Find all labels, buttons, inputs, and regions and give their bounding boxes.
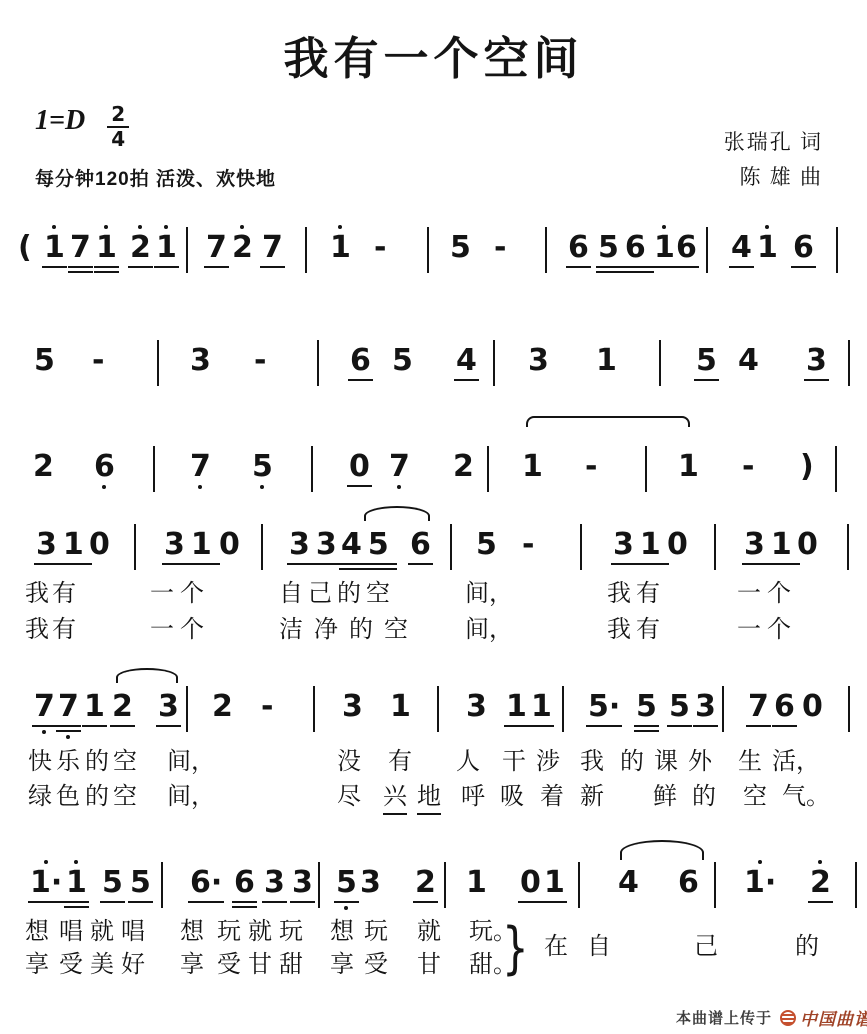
- note: 3: [342, 692, 363, 722]
- note: 33: [289, 530, 343, 560]
- lyric-char: 享: [330, 952, 354, 980]
- beam-line: [518, 901, 543, 903]
- lyric-char: 在: [544, 934, 568, 962]
- lyric-char: 外: [688, 749, 712, 777]
- beam-line: [110, 725, 135, 727]
- lyric-char: 洁: [279, 617, 303, 645]
- repeat-brace: }: [502, 922, 529, 975]
- note: 7: [748, 692, 769, 722]
- beam-line: [566, 266, 591, 268]
- note-digit: 2: [232, 233, 253, 263]
- octave-dot-below: [397, 485, 401, 489]
- barline: [186, 227, 188, 273]
- note-digit: 6: [350, 346, 371, 376]
- lyric-char: 吸: [500, 784, 524, 812]
- note: 5: [252, 452, 273, 482]
- note-digit: 0: [520, 868, 541, 898]
- note-digit: 1: [390, 692, 411, 722]
- beam-line: [339, 563, 397, 565]
- lyric-char: 间，: [465, 581, 513, 609]
- beam-line: [693, 725, 718, 727]
- note-digit: 3: [342, 692, 363, 722]
- note-digit: 31: [744, 530, 798, 560]
- note-digit: 5: [252, 452, 273, 482]
- note-digit: 1: [44, 233, 65, 263]
- note: 2: [112, 692, 133, 722]
- barline: [562, 686, 564, 732]
- barline: [835, 446, 837, 492]
- lyric-char: 受: [364, 952, 388, 980]
- note-digit: 3: [190, 346, 211, 376]
- note-digit: 1: [678, 452, 699, 482]
- slur-tie: [116, 668, 178, 683]
- beam-line: [634, 730, 659, 732]
- beam-line: [634, 725, 659, 727]
- note-digit: 1·: [744, 868, 776, 898]
- note: 1: [390, 692, 411, 722]
- note-digit: 5·: [588, 692, 620, 722]
- note: 1: [330, 233, 351, 263]
- lyric-char: 色: [56, 784, 80, 812]
- beam-line: [28, 901, 64, 903]
- note-digit: 3: [264, 868, 285, 898]
- note-digit: 4: [731, 233, 752, 263]
- note-digit: 1: [330, 233, 351, 263]
- beam-line: [94, 271, 119, 273]
- lyric-char: 己: [694, 934, 718, 962]
- note: 45: [341, 530, 395, 560]
- beam-line: [667, 725, 692, 727]
- note: 3: [292, 868, 313, 898]
- note-digit: 1: [96, 233, 117, 263]
- note-digit: 5: [669, 692, 690, 722]
- lyric-char: 有: [52, 581, 76, 609]
- note: 7: [34, 692, 55, 722]
- note-digit: 0: [667, 530, 688, 560]
- barline: [848, 686, 850, 732]
- lyric-char: 没: [337, 749, 361, 777]
- lyric-char: 好: [121, 952, 145, 980]
- note-digit: 1: [654, 233, 675, 263]
- barline: [261, 524, 263, 570]
- sheet-music-page: 我有一个空间 1=D 2 4 每分钟120拍 活泼、欢快地 张瑞孔 词 陈 雄 …: [0, 0, 867, 1034]
- note: 3: [695, 692, 716, 722]
- note: 4: [456, 346, 477, 376]
- lyric-char: 甘: [248, 952, 272, 980]
- octave-dot-above: [818, 860, 822, 864]
- note: 0: [520, 868, 541, 898]
- barline: [487, 446, 489, 492]
- score-area: (171217271-5-656164165-3-654315432675072…: [0, 0, 867, 1034]
- beam-line: [287, 563, 345, 565]
- note: 3: [528, 346, 549, 376]
- octave-dot-above: [662, 225, 666, 229]
- site-name-link[interactable]: 中国曲谱网: [800, 1005, 867, 1030]
- note: 2: [453, 452, 474, 482]
- note: 5: [450, 233, 471, 263]
- note: 2: [810, 868, 831, 898]
- note-digit: -: [374, 233, 386, 263]
- note: 0: [667, 530, 688, 560]
- lyric-char: 呼: [461, 784, 485, 812]
- lyric-char: 人: [456, 749, 480, 777]
- beam-line: [542, 901, 567, 903]
- note-digit: 3: [466, 692, 487, 722]
- barline: [186, 686, 188, 732]
- note: ): [800, 452, 814, 482]
- note-digit: 2: [33, 452, 54, 482]
- note-digit: 1: [84, 692, 105, 722]
- octave-dot-below: [260, 485, 264, 489]
- barline: [313, 686, 315, 732]
- barline: [450, 524, 452, 570]
- note: 2: [130, 233, 151, 263]
- lyric-char: 鲜: [653, 784, 677, 812]
- note: 1: [654, 233, 675, 263]
- note: 5: [336, 868, 357, 898]
- beam-line: [347, 485, 372, 487]
- lyric-char: 一: [737, 617, 761, 645]
- note-digit: 6: [774, 692, 795, 722]
- lyric-char: 的: [337, 581, 361, 609]
- lyric-char: 的: [692, 784, 716, 812]
- beam-line: [42, 266, 67, 268]
- beam-line: [32, 725, 57, 727]
- note: 6: [568, 233, 589, 263]
- beam-line: [804, 379, 829, 381]
- note-digit: 1: [466, 868, 487, 898]
- barline: [493, 340, 495, 386]
- lyric-char: 我: [607, 617, 631, 645]
- note: 5: [696, 346, 717, 376]
- note: 5: [476, 530, 497, 560]
- note: -: [261, 692, 273, 722]
- note-digit: -: [494, 233, 506, 263]
- note-digit: 7: [58, 692, 79, 722]
- barline: [714, 524, 716, 570]
- barline: [161, 862, 163, 908]
- barline: [722, 686, 724, 732]
- barline: [578, 862, 580, 908]
- note: 6: [350, 346, 371, 376]
- note: 6: [676, 233, 697, 263]
- note-digit: 0: [89, 530, 110, 560]
- barline: [545, 227, 547, 273]
- note: 1: [66, 868, 87, 898]
- lyric-char: 间，: [167, 784, 215, 812]
- beam-line: [68, 271, 93, 273]
- lyric-char: 美: [90, 952, 114, 980]
- note: 2: [212, 692, 233, 722]
- beam-line: [68, 266, 93, 268]
- octave-dot-above: [104, 225, 108, 229]
- lyric-char: 唱: [59, 919, 83, 947]
- beam-line: [232, 906, 257, 908]
- note: -: [742, 452, 754, 482]
- lyric-char: 间，: [465, 617, 513, 645]
- lyric-char: 想: [180, 919, 204, 947]
- barline: [437, 686, 439, 732]
- note-digit: 1: [531, 692, 552, 722]
- note: 3: [158, 692, 179, 722]
- note: -: [374, 233, 386, 263]
- barline: [714, 862, 716, 908]
- note-digit: -: [585, 452, 597, 482]
- note: 31: [744, 530, 798, 560]
- note: 4: [618, 868, 639, 898]
- note: 6·: [190, 868, 222, 898]
- note-digit: -: [254, 346, 266, 376]
- note-digit: 3: [292, 868, 313, 898]
- beam-line: [56, 725, 81, 727]
- site-logo-icon: [780, 1010, 796, 1026]
- lyric-char: 个: [767, 581, 791, 609]
- note-digit: 31: [36, 530, 90, 560]
- note: 5: [34, 346, 55, 376]
- beam-line: [34, 563, 92, 565]
- note-digit: 1: [66, 868, 87, 898]
- note-digit: 5: [476, 530, 497, 560]
- note-digit: 7: [190, 452, 211, 482]
- beam-line: [290, 901, 315, 903]
- lyric-char: 生: [738, 749, 762, 777]
- note: 6: [678, 868, 699, 898]
- note-digit: 31: [613, 530, 667, 560]
- lyric-char: 快: [28, 749, 52, 777]
- lyric-char: 自: [587, 934, 611, 962]
- barline: [427, 227, 429, 273]
- beam-line: [729, 266, 754, 268]
- note-digit: 7: [262, 233, 283, 263]
- note-digit: 2: [212, 692, 233, 722]
- beam-line: [94, 266, 119, 268]
- note: 31: [36, 530, 90, 560]
- lyric-char: 空: [113, 749, 137, 777]
- note: 5·: [588, 692, 620, 722]
- note-digit: 4: [618, 868, 639, 898]
- note-digit: 6: [94, 452, 115, 482]
- lyric-char: 玩: [279, 919, 303, 947]
- lyric-char: 气。: [782, 784, 830, 812]
- note-digit: 7: [748, 692, 769, 722]
- beam-line: [339, 568, 397, 570]
- note-digit: 3: [360, 868, 381, 898]
- note-digit: (: [18, 233, 32, 263]
- beam-line: [260, 266, 285, 268]
- beam-line: [64, 906, 89, 908]
- beam-line: [772, 725, 797, 727]
- note: -: [522, 530, 534, 560]
- lyric-char: 自: [279, 581, 303, 609]
- note-digit: 5: [636, 692, 657, 722]
- note-digit: 3: [528, 346, 549, 376]
- lyric-char: 乐: [56, 749, 80, 777]
- lyric-char: 一: [150, 581, 174, 609]
- lyric-char: 甘: [417, 952, 441, 980]
- note-digit: 6: [676, 233, 697, 263]
- lyric-char: 受: [217, 952, 241, 980]
- note-digit: 6: [793, 233, 814, 263]
- lyric-char: 我: [25, 581, 49, 609]
- lyric-char: 空: [366, 581, 390, 609]
- note-digit: 1·: [30, 868, 62, 898]
- note: 5: [392, 346, 413, 376]
- note: 5: [669, 692, 690, 722]
- beam-line: [232, 901, 257, 903]
- beam-line: [348, 379, 373, 381]
- beam-line: [262, 901, 287, 903]
- note: 2: [232, 233, 253, 263]
- beam-line: [504, 725, 529, 727]
- lyric-char: 我: [607, 581, 631, 609]
- lyric-char: 的: [85, 749, 109, 777]
- note: 1: [522, 452, 543, 482]
- barline: [848, 340, 850, 386]
- lyric-char: 有: [388, 749, 412, 777]
- note: 1·: [30, 868, 62, 898]
- octave-dot-above: [52, 225, 56, 229]
- lyric-char: 想: [25, 919, 49, 947]
- note: 7: [262, 233, 283, 263]
- beam-line: [791, 266, 816, 268]
- note: 3: [264, 868, 285, 898]
- lyric-char: 受: [59, 952, 83, 980]
- beam-line: [128, 266, 153, 268]
- note: 1: [156, 233, 177, 263]
- note: -: [585, 452, 597, 482]
- note: 4: [731, 233, 752, 263]
- note-digit: 1: [596, 346, 617, 376]
- lyric-char: 有: [636, 617, 660, 645]
- barline: [847, 524, 849, 570]
- note: 2: [33, 452, 54, 482]
- octave-dot-below: [198, 485, 202, 489]
- note-digit: 45: [341, 530, 395, 560]
- note: 7: [70, 233, 91, 263]
- note-digit: -: [92, 346, 104, 376]
- beam-line: [596, 271, 654, 273]
- note-digit: -: [261, 692, 273, 722]
- lyric-char: 享: [180, 952, 204, 980]
- lyric-char: 己: [308, 581, 332, 609]
- slur-tie: [526, 416, 690, 427]
- note-digit: 1: [522, 452, 543, 482]
- note: 3: [806, 346, 827, 376]
- beam-line: [413, 901, 438, 903]
- note: 6: [793, 233, 814, 263]
- beam-line: [808, 901, 833, 903]
- note-digit: 2: [130, 233, 151, 263]
- note-digit: 5: [102, 868, 123, 898]
- note: 3: [360, 868, 381, 898]
- watermark-prefix: 本曲谱上传于: [676, 1007, 772, 1028]
- note: 1: [757, 233, 778, 263]
- lyric-char: 空: [113, 784, 137, 812]
- note-digit: 5: [34, 346, 55, 376]
- note-digit: 2: [112, 692, 133, 722]
- barline: [317, 340, 319, 386]
- lyric-char: 空: [384, 617, 408, 645]
- beam-line: [454, 379, 479, 381]
- note: 0: [219, 530, 240, 560]
- note-digit: 2: [415, 868, 436, 898]
- lyric-char: 的: [620, 749, 644, 777]
- lyric-char: 有: [52, 617, 76, 645]
- barline: [134, 524, 136, 570]
- note: -: [92, 346, 104, 376]
- octave-dot-above: [44, 860, 48, 864]
- beam-line: [694, 379, 719, 381]
- note: 1: [96, 233, 117, 263]
- note-digit: ): [800, 452, 814, 482]
- note-digit: 1: [757, 233, 778, 263]
- lyric-char: 的: [85, 784, 109, 812]
- note-digit: 7: [70, 233, 91, 263]
- beam-line: [128, 901, 153, 903]
- lyric-char: 课: [654, 749, 678, 777]
- note-digit: 31: [164, 530, 218, 560]
- note: 1: [531, 692, 552, 722]
- beam-line: [56, 730, 81, 732]
- note-digit: 1: [506, 692, 527, 722]
- barline: [153, 446, 155, 492]
- barline: [855, 862, 857, 908]
- beam-line: [586, 725, 622, 727]
- lyric-char: 兴: [383, 784, 407, 815]
- octave-dot-above: [758, 860, 762, 864]
- note-digit: 6: [410, 530, 431, 560]
- note-digit: 0: [349, 452, 370, 482]
- note: 0: [89, 530, 110, 560]
- lyric-char: 甜: [279, 952, 303, 980]
- note-digit: 7: [34, 692, 55, 722]
- note-digit: 3: [806, 346, 827, 376]
- note: 1: [44, 233, 65, 263]
- note-digit: 5: [696, 346, 717, 376]
- watermark: 本曲谱上传于 中国曲谱网: [676, 1005, 867, 1030]
- barline: [706, 227, 708, 273]
- lyric-char: 活，: [772, 749, 820, 777]
- barline: [836, 227, 838, 273]
- beam-line: [746, 725, 771, 727]
- barline: [659, 340, 661, 386]
- octave-dot-above: [74, 860, 78, 864]
- lyric-char: 新: [580, 784, 604, 812]
- beam-line: [742, 563, 800, 565]
- note: 56: [598, 233, 652, 263]
- barline: [580, 524, 582, 570]
- barline: [305, 227, 307, 273]
- note-digit: 56: [598, 233, 652, 263]
- octave-dot-below: [66, 735, 70, 739]
- lyric-char: 想: [330, 919, 354, 947]
- note: 31: [164, 530, 218, 560]
- note: 6: [94, 452, 115, 482]
- lyric-char: 我: [580, 749, 604, 777]
- note: 6: [774, 692, 795, 722]
- note: 7: [389, 452, 410, 482]
- note-digit: 3: [695, 692, 716, 722]
- note: 1: [466, 868, 487, 898]
- beam-line: [100, 901, 125, 903]
- note-digit: 0: [802, 692, 823, 722]
- note: 3: [466, 692, 487, 722]
- beam-line: [408, 563, 433, 565]
- note-digit: 33: [289, 530, 343, 560]
- beam-line: [64, 901, 89, 903]
- lyric-char: 空: [743, 784, 767, 812]
- barline: [157, 340, 159, 386]
